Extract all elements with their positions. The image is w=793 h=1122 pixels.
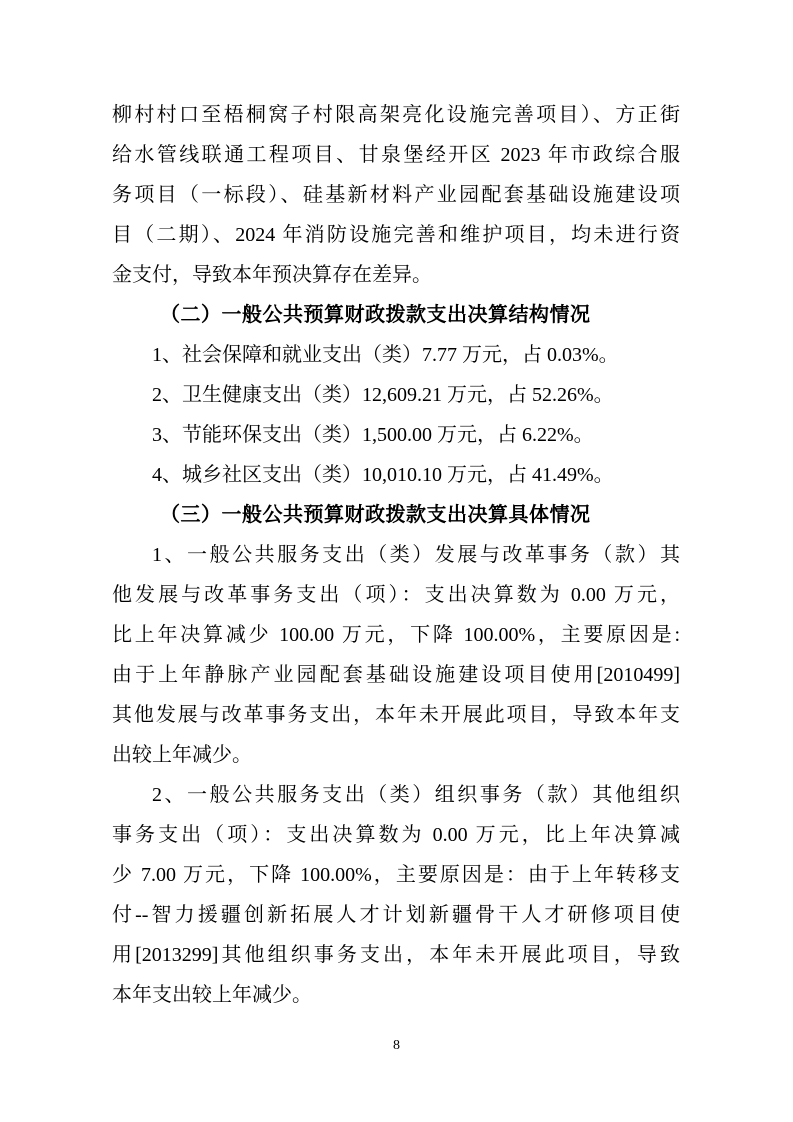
text-line: 目（二期）、2024 年消防设施完善和维护项目，均未进行资: [112, 215, 680, 255]
page-number: 8: [0, 1038, 793, 1054]
document-body: 柳村村口至梧桐窝子村限高架亮化设施完善项目）、方正街给水管线联通工程项目、甘泉堡…: [112, 95, 680, 1015]
document-page: 柳村村口至梧桐窝子村限高架亮化设施完善项目）、方正街给水管线联通工程项目、甘泉堡…: [0, 0, 793, 1122]
text-line: 给水管线联通工程项目、甘泉堡经开区 2023 年市政综合服: [112, 135, 680, 175]
list-item: 3、节能环保支出（类）1,500.00 万元，占 6.22%。: [112, 415, 680, 455]
text-line: 他发展与改革事务支出（项）：支出决算数为 0.00 万元，: [112, 575, 680, 615]
section-heading: （三）一般公共预算财政拨款支出决算具体情况: [112, 495, 680, 535]
text-line: 务项目（一标段）、硅基新材料产业园配套基础设施建设项: [112, 175, 680, 215]
text-line: 付--智力援疆创新拓展人才计划新疆骨干人才研修项目使: [112, 895, 680, 935]
text-line: 出较上年减少。: [112, 735, 680, 775]
text-line: 本年支出较上年减少。: [112, 975, 680, 1015]
text-line: 1、一般公共服务支出（类）发展与改革事务（款）其: [112, 535, 680, 575]
list-item: 4、城乡社区支出（类）10,010.10 万元，占 41.49%。: [112, 455, 680, 495]
text-line: 其他发展与改革事务支出，本年未开展此项目，导致本年支: [112, 695, 680, 735]
text-line: 比上年决算减少 100.00 万元，下降 100.00%，主要原因是:: [112, 615, 680, 655]
list-item: 2、卫生健康支出（类）12,609.21 万元，占 52.26%。: [112, 375, 680, 415]
text-line: 由于上年静脉产业园配套基础设施建设项目使用[2010499]: [112, 655, 680, 695]
section-heading: （二）一般公共预算财政拨款支出决算结构情况: [112, 295, 680, 335]
text-line: 柳村村口至梧桐窝子村限高架亮化设施完善项目）、方正街: [112, 95, 680, 135]
text-line: 少 7.00 万元，下降 100.00%，主要原因是：由于上年转移支: [112, 855, 680, 895]
text-line: 2、一般公共服务支出（类）组织事务（款）其他组织: [112, 775, 680, 815]
text-line: 金支付，导致本年预决算存在差异。: [112, 255, 680, 295]
list-item: 1、社会保障和就业支出（类）7.77 万元，占 0.03%。: [112, 335, 680, 375]
text-line: 用[2013299]其他组织事务支出，本年未开展此项目，导致: [112, 935, 680, 975]
text-line: 事务支出（项）：支出决算数为 0.00 万元，比上年决算减: [112, 815, 680, 855]
